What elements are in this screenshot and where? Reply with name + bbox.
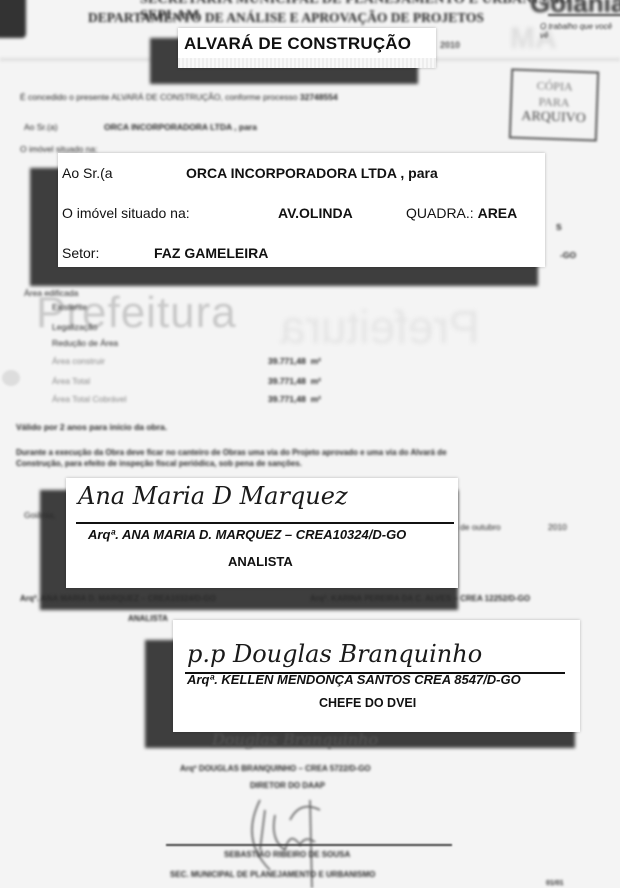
recipient-info-card: Ao Sr.(a ORCA INCORPORADORA LTDA , para …: [58, 153, 545, 267]
secretary-role: SEC. MUNICIPAL DE PLANEJAMENTO E URBANIS…: [170, 870, 375, 879]
header-year: 2010: [440, 40, 460, 50]
document-title: ALVARÁ DE CONSTRUÇÃO: [184, 34, 411, 54]
date-year: 2010: [548, 522, 567, 532]
validity-text: Válido por 2 anos para início da obra.: [16, 422, 167, 432]
area-row-label: Área Total: [52, 376, 90, 386]
prefeitura-watermark-mirror: Prefeitura: [280, 300, 479, 354]
director-name: Arqº DOUGLAS BRANQUINHO – CREA 5722/D-GO: [180, 764, 371, 773]
bg-right-fragment: -GO: [560, 250, 576, 260]
quadra-field: QUADRA.: AREA: [406, 205, 517, 221]
area-existente-label: Existente: [52, 302, 87, 312]
document-title-card: ALVARÁ DE CONSTRUÇÃO: [178, 28, 436, 68]
date-prefix: Goiânia,: [24, 510, 56, 520]
bg-ao-sr-label: Ao Sr.(a): [24, 122, 58, 132]
bg-ao-sr-value: ORCA INCORPORADORA LTDA , para: [104, 122, 257, 132]
setor-label: Setor:: [62, 245, 99, 261]
departamento-header: DEPARTAMENTO DE ANÁLISE E APROVAÇÃO DE P…: [88, 10, 484, 26]
city-logo-tagline: O trabalho que você vê: [540, 22, 620, 40]
date-month: de outubro: [460, 522, 501, 532]
secretary-name: SEBASTIÃO RIBEIRO DE SOUSA: [224, 850, 350, 859]
bg-signer-right: Arqª. KARINA PEREIRA DA C. ALVES – CREA …: [310, 594, 530, 603]
area-reducao-label: Redução de Área: [52, 338, 118, 348]
imovel-label: O imóvel situado na:: [62, 205, 190, 221]
during-text-2: Construção, para efeito de inspeção fisc…: [16, 459, 302, 468]
ao-sr-value: ORCA INCORPORADORA LTDA , para: [186, 165, 438, 181]
concession-text: É concedido o presente ALVARÁ DE CONSTRU…: [20, 92, 338, 102]
analyst-name: Arqª. ANA MARIA D. MARQUEZ – CREA10324/D…: [88, 527, 406, 542]
city-logo: Goiânia: [530, 0, 620, 19]
page-number: 01/01: [546, 880, 564, 887]
setor-value: FAZ GAMELEIRA: [154, 245, 268, 261]
archive-copy-stamp: CÓPIA PARA ARQUIVO: [509, 68, 599, 141]
during-text-1: Durante a execução da Obra deve ficar no…: [16, 448, 447, 457]
chief-role: CHEFE DO DVEI: [319, 696, 416, 710]
analyst-signature-card: Ana Maria D Marquez Arqª. ANA MARIA D. M…: [66, 478, 458, 588]
ao-sr-label: Ao Sr.(a: [62, 165, 113, 181]
analyst-handwritten-signature: Ana Maria D Marquez: [78, 482, 348, 510]
chief-signature-card: p.p Douglas Branquinho Arqª. KELLEN MEND…: [173, 620, 580, 732]
secretary-signature-line: [166, 844, 452, 846]
imovel-value: AV.OLINDA: [278, 205, 353, 221]
chief-name: Arqª. KELLEN MENDONÇA SANTOS CREA 8547/D…: [187, 672, 521, 687]
bg-signer-left-role: ANALISTA: [128, 614, 168, 623]
area-row-label: Área construir: [52, 356, 105, 366]
city-logo-swoosh: [548, 14, 620, 16]
area-legalizacao-label: Legalização: [52, 322, 97, 332]
title-speckle: [178, 58, 436, 68]
analyst-role: ANALISTA: [228, 554, 293, 569]
bg-right-fragment: S: [556, 222, 562, 232]
area-row-label: Área Total Cobrável: [52, 394, 127, 404]
area-row-value: 39.771,48 m²: [268, 394, 321, 404]
director-signature: Douglas Branquinho: [212, 730, 378, 749]
area-row-value: 39.771,48 m²: [268, 356, 321, 366]
chief-handwritten-signature: p.p Douglas Branquinho: [187, 640, 482, 668]
area-row-value: 39.771,48 m²: [268, 376, 321, 386]
bg-signer-left: Arqª. ANA MARIA D. MARQUEZ – CREA10324/D…: [20, 594, 216, 603]
punch-hole: [2, 370, 20, 386]
analyst-signature-line: [76, 522, 454, 524]
municipal-crest-logo: [0, 0, 26, 38]
